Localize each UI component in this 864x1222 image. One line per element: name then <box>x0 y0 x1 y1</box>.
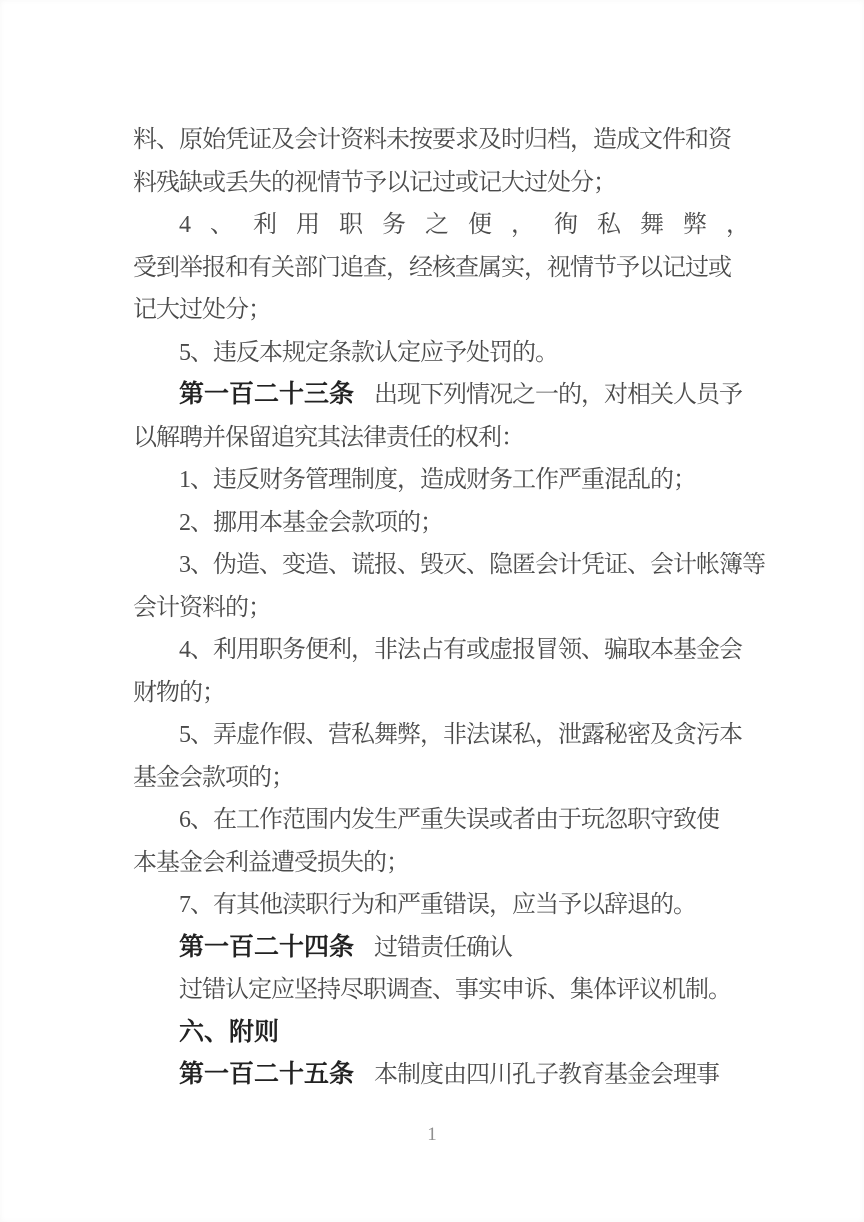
line-text: 1、违反财务管理制度，造成财务工作严重混乱的； <box>179 467 696 493</box>
line-text: 出现下列情况之一的，对相关人员予 <box>374 382 742 408</box>
text-line: 5、违反本规定条款认定应予处罚的。 <box>133 332 747 375</box>
text-line: 过错认定应坚持尽职调查、事实申诉、集体评议机制。 <box>133 969 747 1012</box>
text-line: 基金会款项的； <box>133 757 747 800</box>
line-text: 过错责任确认 <box>374 935 512 961</box>
line-text: 料、原始凭证及会计资料未按要求及时归档，造成文件和资 <box>133 127 731 153</box>
text-line: 本基金会利益遭受损失的； <box>133 842 747 885</box>
line-text: 7、有其他渎职行为和严重错误，应当予以辞退的。 <box>179 892 696 918</box>
text-line: 3、伪造、变造、谎报、毁灭、隐匿会计凭证、会计帐簿等 <box>133 544 747 587</box>
section-heading: 六、附则 <box>179 1019 279 1046</box>
line-text: 3、伪造、变造、谎报、毁灭、隐匿会计凭证、会计帐簿等 <box>179 552 765 578</box>
text-line: 1、违反财务管理制度，造成财务工作严重混乱的； <box>133 459 747 502</box>
article-heading: 第一百二十四条 <box>179 934 354 961</box>
text-line: 第一百二十三条出现下列情况之一的，对相关人员予 <box>133 374 747 417</box>
document-body: 料、原始凭证及会计资料未按要求及时归档，造成文件和资料残缺或丢失的视情节予以记过… <box>133 119 747 1097</box>
text-line: 4、利用职务之便，徇私舞弊， <box>133 204 747 247</box>
line-text: 以解聘并保留追究其法律责任的权利： <box>133 425 524 451</box>
line-text: 财物的； <box>133 680 225 706</box>
line-text: 5、违反本规定条款认定应予处罚的。 <box>179 340 558 366</box>
text-line: 会计资料的； <box>133 587 747 630</box>
text-line: 以解聘并保留追究其法律责任的权利： <box>133 417 747 460</box>
text-line: 料残缺或丢失的视情节予以记过或记大过处分； <box>133 162 747 205</box>
text-line: 料、原始凭证及会计资料未按要求及时归档，造成文件和资 <box>133 119 747 162</box>
line-text: 基金会款项的； <box>133 765 294 791</box>
text-line: 7、有其他渎职行为和严重错误，应当予以辞退的。 <box>133 884 747 927</box>
text-line: 记大过处分； <box>133 289 747 332</box>
page-number: 1 <box>0 1122 864 1148</box>
line-text: 5、弄虚作假、营私舞弊，非法谋私，泄露秘密及贪污本 <box>179 722 742 748</box>
text-line: 第一百二十五条本制度由四川孔子教育基金会理事 <box>133 1054 747 1097</box>
line-text: 4、利用职务便利，非法占有或虚报冒领、骗取本基金会 <box>179 637 742 663</box>
text-line: 受到举报和有关部门追查，经核查属实，视情节予以记过或 <box>133 247 747 290</box>
text-line: 5、弄虚作假、营私舞弊，非法谋私，泄露秘密及贪污本 <box>133 714 747 757</box>
line-text: 本制度由四川孔子教育基金会理事 <box>374 1062 719 1088</box>
article-heading: 第一百二十三条 <box>179 381 354 408</box>
line-text: 受到举报和有关部门追查，经核查属实，视情节予以记过或 <box>133 255 731 281</box>
line-text: 4、利用职务之便，徇私舞弊， <box>179 212 769 238</box>
article-heading: 第一百二十五条 <box>179 1061 354 1088</box>
text-line: 2、挪用本基金会款项的； <box>133 502 747 545</box>
line-text: 会计资料的； <box>133 595 271 621</box>
line-text: 6、在工作范围内发生严重失误或者由于玩忽职守致使 <box>179 807 719 833</box>
line-text: 过错认定应坚持尽职调查、事实申诉、集体评议机制。 <box>179 977 731 1003</box>
text-line: 第一百二十四条过错责任确认 <box>133 927 747 970</box>
text-line: 六、附则 <box>133 1012 747 1055</box>
document-page: 料、原始凭证及会计资料未按要求及时归档，造成文件和资料残缺或丢失的视情节予以记过… <box>0 0 864 1222</box>
text-line: 财物的； <box>133 672 747 715</box>
line-text: 本基金会利益遭受损失的； <box>133 850 409 876</box>
line-text: 记大过处分； <box>133 297 271 323</box>
text-line: 4、利用职务便利，非法占有或虚报冒领、骗取本基金会 <box>133 629 747 672</box>
line-text: 2、挪用本基金会款项的； <box>179 510 443 536</box>
text-line: 6、在工作范围内发生严重失误或者由于玩忽职守致使 <box>133 799 747 842</box>
line-text: 料残缺或丢失的视情节予以记过或记大过处分； <box>133 170 616 196</box>
